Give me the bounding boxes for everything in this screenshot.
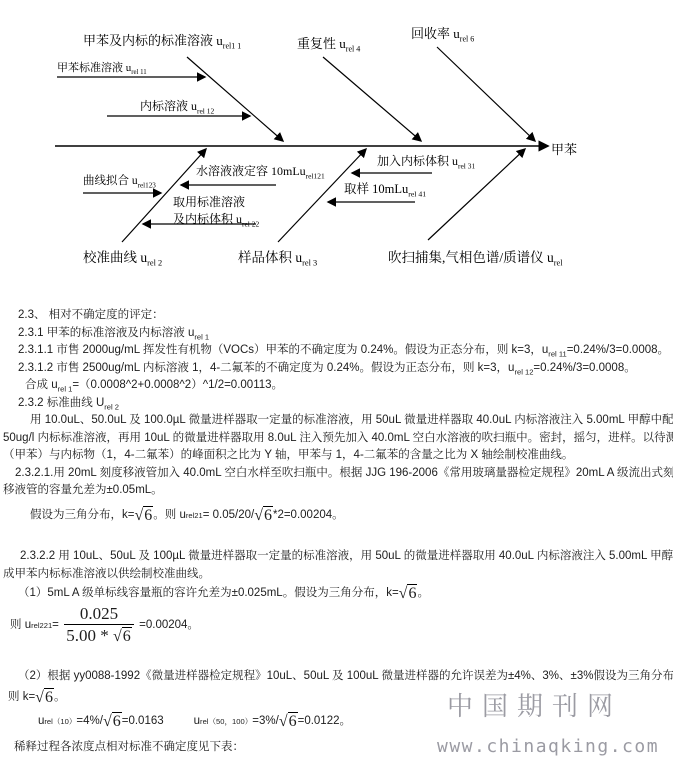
label-text: 曲线拟合 u xyxy=(83,175,138,187)
line-sub: rel 1 xyxy=(58,384,73,393)
para-2-3-2-2-line2: 成甲苯内标标准溶液以供绘制校准曲线。 xyxy=(3,567,210,582)
line-sub: rel 2 xyxy=(104,402,119,411)
label-text: 及内标体积 u xyxy=(173,212,242,226)
line-sub: rel（50，100） xyxy=(200,714,252,729)
line-text: =（0.0008^2+0.0008^2）^1/2=0.00113。 xyxy=(72,379,283,391)
line-text: （2）根据 yy0088-1992《微量进样器检定规程》10uL、50uL 及 … xyxy=(18,670,673,682)
watermark-url: www.chinaqking.com xyxy=(437,736,659,757)
line-sub: rel 1 xyxy=(194,332,209,341)
fraction: 0.025 5.00 * √6 xyxy=(64,606,134,644)
para-dilution-table: 稀释过程各浓度点相对标准不确定度见下表： xyxy=(14,740,244,755)
formula-u-rel10-50-100: urel（10） =4%/ √6 =0.0163 urel（50，100） =3… xyxy=(38,714,351,729)
formula-k-sqrt6: 则 k= √6 。 xyxy=(8,690,65,705)
label-recovery: 回收率 urel 6 xyxy=(411,23,474,44)
line-text: 2.3.2 标准曲线 U xyxy=(18,397,104,409)
watermark-text: www.chinaqking.com xyxy=(437,736,659,757)
label-text: 校准曲线 u xyxy=(83,250,147,265)
line-sub: rel（10） xyxy=(44,714,76,729)
line-text: 移液管的容量允差为±0.05mL。 xyxy=(3,484,163,496)
sqrt-6: √6 xyxy=(103,714,122,729)
label-sub: rel 41 xyxy=(408,190,426,199)
radicand: 6 xyxy=(122,627,132,645)
label-take-std-line2: 及内标体积 urel 22 xyxy=(173,210,259,228)
label-text: 样品体积 u xyxy=(238,250,302,265)
radicand: 6 xyxy=(263,506,273,524)
line-text: *2=0.00204。 xyxy=(273,508,344,523)
line-text: =3%/ xyxy=(252,714,279,729)
heading-2-3-1: 2.3.1 甲苯的标准溶液及内标溶液 urel 1 xyxy=(18,326,209,344)
label-repeatability: 重复性 urel 4 xyxy=(297,33,360,54)
line-text: =0.0122。 xyxy=(298,714,351,729)
formula-fraction-u-rel221: 则 urel221 = 0.025 5.00 * √6 =0.00204。 xyxy=(10,606,199,644)
radical-sign: √ xyxy=(103,713,112,730)
sqrt-6: √6 xyxy=(399,586,418,601)
line-text: 则 u xyxy=(10,618,31,633)
line-text: =0.24%/3=0.0008。 xyxy=(567,344,669,356)
radical-sign: √ xyxy=(134,507,143,524)
label-sub: rel 31 xyxy=(458,161,475,170)
label-text: 吹扫捕集,气相色谱/质谱仪 u xyxy=(388,250,554,265)
label-water-dilute: 水溶液液定容 10mLurel121 xyxy=(196,162,325,180)
label-sub: rel 2 xyxy=(147,259,162,268)
radicand: 6 xyxy=(407,584,417,602)
line-text: 则 k= xyxy=(8,690,35,705)
line-text: =4%/ xyxy=(76,714,103,729)
line-text: 2.3.2.2 用 10uL、50uL 及 100µL 微量进样器取一定量的标准… xyxy=(20,550,673,562)
branch-recovery xyxy=(437,47,535,141)
radical-sign: √ xyxy=(35,689,44,706)
line-text: 。 xyxy=(54,690,66,705)
label-text: 加入内标体积 u xyxy=(377,154,458,168)
line-text: 成甲苯内标标准溶液以供绘制校准曲线。 xyxy=(3,568,210,580)
para-2-3-1-2: 2.3.1.2 市售 2500ug/mL 内标溶液 1，4-二氟苯的不确定度为 … xyxy=(18,361,636,379)
label-sub: rel 4 xyxy=(346,45,361,54)
line-text: 。则 u xyxy=(153,508,186,523)
label-internal-std: 内标溶液 urel 12 xyxy=(140,97,214,115)
sqrt-6: √6 xyxy=(254,508,273,523)
para-combined-u: 合成 urel 1=（0.0008^2+0.0008^2）^1/2=0.0011… xyxy=(25,378,283,396)
radicand: 6 xyxy=(44,688,54,706)
line-text: 2.3.1 甲苯的标准溶液及内标溶液 u xyxy=(18,327,194,339)
line-sub: rel 11 xyxy=(548,349,566,358)
line-text: 2.3、 相对不确定度的评定： xyxy=(18,309,164,321)
label-curve-fit: 曲线拟合 urel123 xyxy=(83,172,156,189)
line-text: 5.00 * xyxy=(66,626,113,645)
para-2-3-2-1-line1: 2.3.2.1.用 20mL 刻度移液管加入 40.0mL 空白水样至吹扫瓶中。… xyxy=(15,466,673,481)
radical-sign: √ xyxy=(254,507,263,524)
label-add-internal: 加入内标体积 urel 31 xyxy=(377,152,475,170)
line-text: =0.24%/3=0.0008。 xyxy=(533,362,635,374)
sqrt-6: √6 xyxy=(35,690,54,705)
para-2-3-1-1: 2.3.1.1 市售 2000ug/mL 挥发性有机物（VOCs）甲苯的不确定度… xyxy=(18,343,669,361)
line-text: （1）5mL A 级单标线容量瓶的容许允差为±0.025mL。假设为三角分布，k… xyxy=(18,586,399,601)
radicand: 6 xyxy=(143,506,153,524)
formula-u-rel21: 假设为三角分布，k= √6 。则 urel21 = 0.05/20/ √6 *2… xyxy=(30,508,344,523)
label-take-std-line1: 取用标准溶液 xyxy=(173,193,245,210)
line-text: 假设为三角分布，k= xyxy=(30,508,134,523)
heading-2-3: 2.3、 相对不确定度的评定： xyxy=(18,308,164,323)
line-text: 用 10.0uL、50.0uL 及 100.0µL 微量进样器取一定量的标准溶液… xyxy=(30,414,673,426)
line-text: 合成 u xyxy=(25,379,58,391)
line-sub: rel221 xyxy=(31,618,52,633)
line-text: = xyxy=(52,618,59,633)
branch-repeatability xyxy=(323,57,421,141)
radical-sign: √ xyxy=(113,628,122,645)
label-sub: rel121 xyxy=(306,171,325,180)
label-text: 甲苯 xyxy=(551,142,577,157)
watermark-text: 中国期刊网 xyxy=(447,692,622,721)
label-text: 取样 10mLu xyxy=(344,182,408,196)
para-2-3-2-2-line1: 2.3.2.2 用 10uL、50uL 及 100µL 微量进样器取一定量的标准… xyxy=(20,549,673,564)
label-text: 重复性 u xyxy=(297,36,346,51)
line-text: 2.3.2.1.用 20mL 刻度移液管加入 40.0mL 空白水样至吹扫瓶中。… xyxy=(15,467,673,479)
label-toluene-std: 甲苯标准溶液 urel 11 xyxy=(57,59,147,76)
sqrt-6: √6 xyxy=(113,627,132,645)
para-2-3-2-1-line2: 移液管的容量允差为±0.05mL。 xyxy=(3,483,163,498)
label-calibration-curve: 校准曲线 urel 2 xyxy=(83,246,162,268)
heading-2-3-2: 2.3.2 标准曲线 Urel 2 xyxy=(18,396,119,414)
label-text: 回收率 u xyxy=(411,26,460,41)
label-sub: rel xyxy=(554,259,563,268)
fraction-numerator: 0.025 xyxy=(64,606,134,625)
formula-item1: （1）5mL A 级单标线容量瓶的容许允差为±0.025mL。假设为三角分布，k… xyxy=(18,586,429,601)
line-text: 2.3.1.1 市售 2000ug/mL 挥发性有机物（VOCs）甲苯的不确定度… xyxy=(18,344,548,356)
label-sub: rel123 xyxy=(138,181,156,189)
label-purge-gcms: 吹扫捕集,气相色谱/质谱仪 urel xyxy=(388,246,563,268)
document-page: 甲苯及内标的标准溶液 urel1 1 甲苯标准溶液 urel 11 内标溶液 u… xyxy=(0,0,673,759)
label-text: 甲苯标准溶液 u xyxy=(57,62,131,74)
radical-sign: √ xyxy=(279,713,288,730)
radicand: 6 xyxy=(288,712,298,730)
watermark-cn: 中国期刊网 xyxy=(447,686,622,723)
sqrt-6: √6 xyxy=(134,508,153,523)
label-text: 取用标准溶液 xyxy=(173,195,245,209)
radicand: 6 xyxy=(112,712,122,730)
para-item2: （2）根据 yy0088-1992《微量进样器检定规程》10uL、50uL 及 … xyxy=(18,669,673,684)
line-sub: rel21 xyxy=(186,508,203,523)
label-sub: rel 22 xyxy=(242,219,259,228)
line-text: 稀释过程各浓度点相对标准不确定度见下表： xyxy=(14,741,244,753)
label-std-solutions: 甲苯及内标的标准溶液 urel1 1 xyxy=(83,30,241,51)
label-sub: rel 3 xyxy=(302,259,317,268)
line-sub: rel 12 xyxy=(514,367,533,376)
label-text: 甲苯及内标的标准溶液 u xyxy=(83,33,223,48)
line-text: 。 xyxy=(417,586,429,601)
para-procedure-line2: 50ug/l 内标标准溶液，再用 10uL 的微量进样器取用 8.0uL 注入预… xyxy=(3,431,673,446)
line-text: = 0.05/20/ xyxy=(203,508,254,523)
label-text: 水溶液液定容 10mLu xyxy=(196,164,306,178)
label-sub: rel 6 xyxy=(460,35,475,44)
fraction-denominator: 5.00 * √6 xyxy=(66,625,132,644)
label-sub: rel 11 xyxy=(131,69,146,76)
sqrt-6: √6 xyxy=(279,714,298,729)
label-sample-volume: 样品体积 urel 3 xyxy=(238,246,317,268)
line-text: （甲苯）与内标物（1，4-二氟苯）的峰面积之比为 Y 轴，甲苯与 1，4-二氟苯… xyxy=(3,449,573,461)
line-text: 50ug/l 内标标准溶液，再用 10uL 的微量进样器取用 8.0uL 注入预… xyxy=(3,432,673,444)
line-text: =0.0163 xyxy=(122,714,164,729)
label-text: 内标溶液 u xyxy=(140,99,197,113)
label-sampling: 取样 10mLurel 41 xyxy=(344,179,426,199)
line-text: 2.3.1.2 市售 2500ug/mL 内标溶液 1，4-二氟苯的不确定度为 … xyxy=(18,362,514,374)
para-procedure-line1: 用 10.0uL、50.0uL 及 100.0µL 微量进样器取一定量的标准溶液… xyxy=(30,413,673,428)
label-fish-head: 甲苯 xyxy=(551,139,577,158)
label-sub: rel1 1 xyxy=(223,42,242,51)
line-text: =0.00204。 xyxy=(139,618,199,633)
para-procedure-line3: （甲苯）与内标物（1，4-二氟苯）的峰面积之比为 Y 轴，甲苯与 1，4-二氟苯… xyxy=(3,448,573,463)
label-sub: rel 12 xyxy=(197,106,214,115)
